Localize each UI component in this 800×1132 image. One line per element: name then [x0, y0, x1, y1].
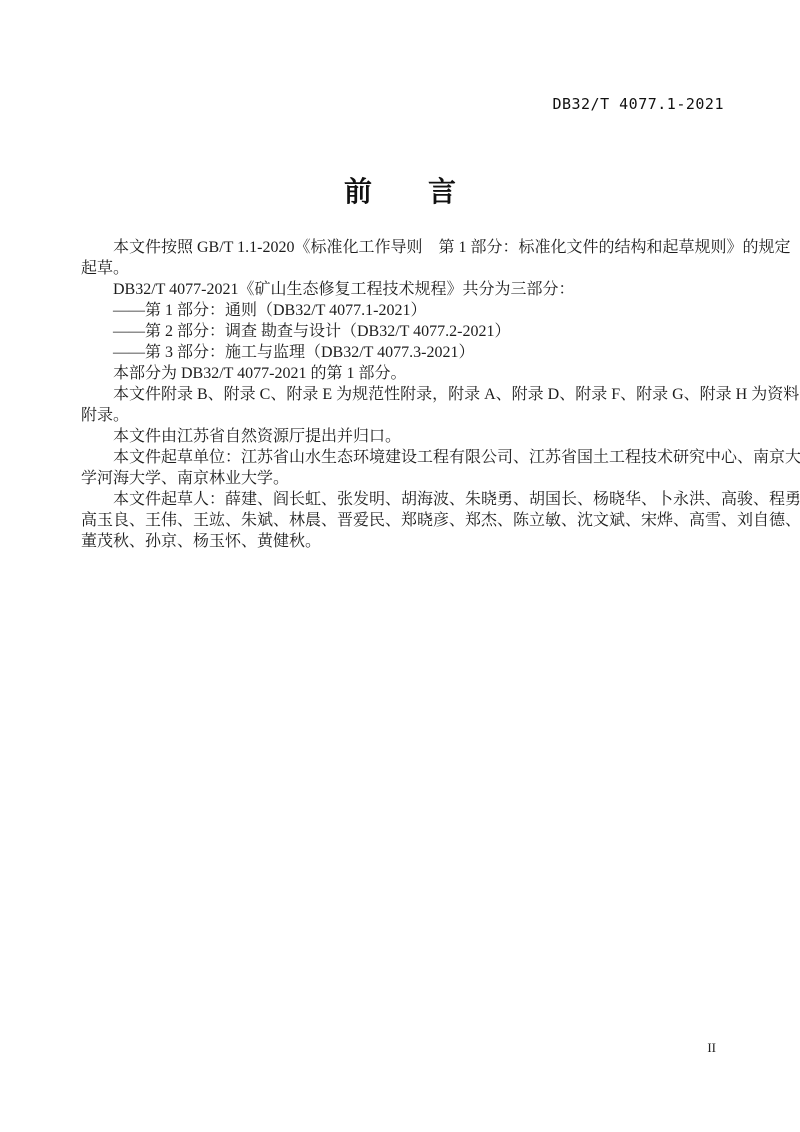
text-line: 董茂秋、孙京、杨玉怀、黄健秋。: [81, 531, 717, 552]
text-line: 附录。: [81, 405, 717, 426]
text-line: 本文件按照 GB/T 1.1-2020《标准化工作导则 第 1 部分：标准化文件…: [81, 237, 717, 258]
page-title: 前 言: [0, 170, 800, 210]
text-line: 学河海大学、南京林业大学。: [81, 468, 717, 489]
text-line: 本部分为 DB32/T 4077-2021 的第 1 部分。: [81, 363, 717, 384]
text-line: ——第 3 部分：施工与监理（DB32/T 4077.3-2021）: [81, 342, 717, 363]
text-line: ——第 2 部分：调查 勘查与设计（DB32/T 4077.2-2021）: [81, 321, 717, 342]
text-line: 本文件附录 B、附录 C、附录 E 为规范性附录，附录 A、附录 D、附录 F、…: [81, 384, 717, 405]
text-line: 高玉良、王伟、王竑、朱斌、林晨、晋爱民、郑晓彦、郑杰、陈立敏、沈文斌、宋烨、高雪…: [81, 510, 717, 531]
text-line: ——第 1 部分：通则（DB32/T 4077.1-2021）: [81, 300, 717, 321]
page-number: II: [707, 1040, 716, 1056]
text-line: 本文件起草单位：江苏省山水生态环境建设工程有限公司、江苏省国土工程技术研究中心、…: [81, 447, 717, 468]
document-page: DB32/T 4077.1-2021 前 言 本文件按照 GB/T 1.1-20…: [0, 0, 800, 1132]
text-line: 本文件起草人：薛建、阎长虹、张发明、胡海波、朱晓勇、胡国长、杨晓华、卜永洪、高骏…: [81, 489, 717, 510]
foreword-body: 本文件按照 GB/T 1.1-2020《标准化工作导则 第 1 部分：标准化文件…: [81, 237, 717, 552]
text-line: 本文件由江苏省自然资源厅提出并归口。: [81, 426, 717, 447]
standard-number-header: DB32/T 4077.1-2021: [552, 95, 724, 113]
text-line: 起草。: [81, 258, 717, 279]
text-line: DB32/T 4077-2021《矿山生态修复工程技术规程》共分为三部分：: [81, 279, 717, 300]
